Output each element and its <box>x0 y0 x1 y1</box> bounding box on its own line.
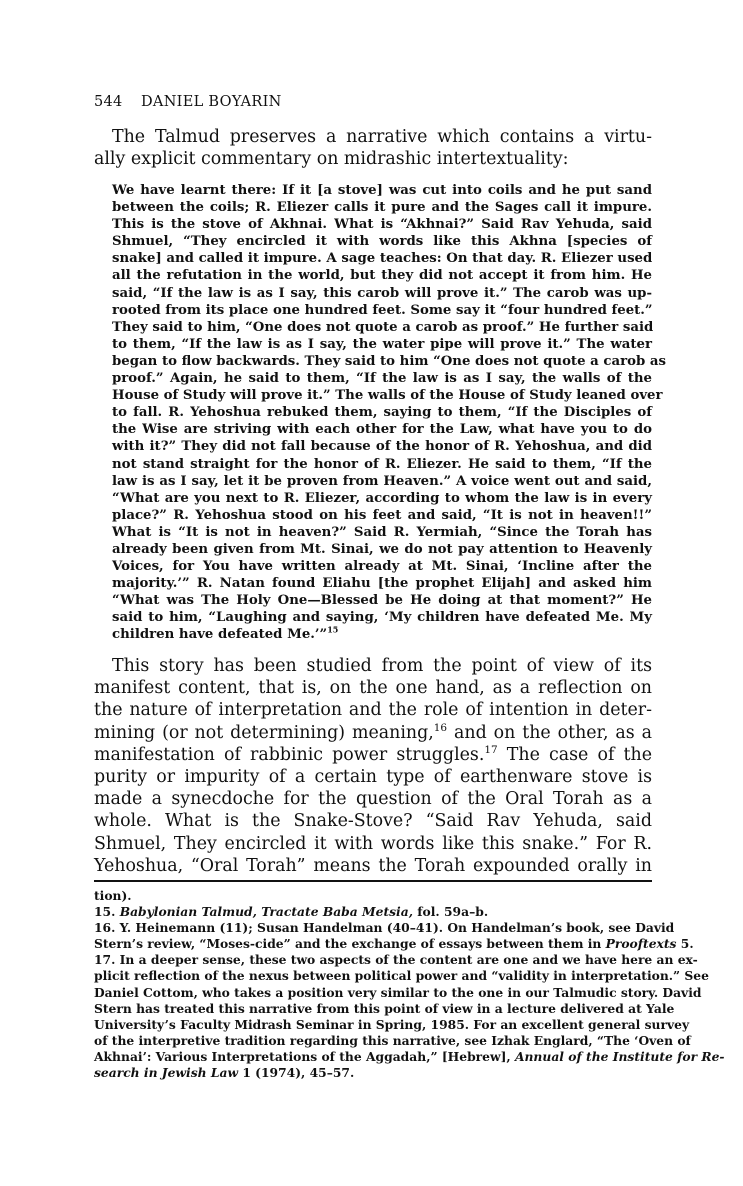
footnote-17-cont: plicit reflection of the nexus between p… <box>94 968 652 984</box>
quote-line: with it?” They did not fall because of t… <box>112 438 652 455</box>
quote-line: to them, “If the law is as I say, the wa… <box>112 336 652 353</box>
quote-line: law is as I say, let it be proven from H… <box>112 473 652 490</box>
footnote-17-cont: search in Jewish Law 1 (1974), 45–57. <box>94 1065 652 1081</box>
page-number: 544 <box>94 94 141 110</box>
text-line: purity or impurity of a certain type of … <box>94 766 652 788</box>
footnote-15: 15. Babylonian Talmud, Tractate Baba Met… <box>94 904 652 920</box>
quote-line: They said to him, “One does not quote a … <box>112 319 652 336</box>
quote-line: the Wise are striving with each other fo… <box>112 421 652 438</box>
text-line: mining (or not determining) meaning,16 a… <box>94 722 652 744</box>
quote-line: What is “It is not in heaven?” Said R. Y… <box>112 524 652 541</box>
running-head: 544DANIEL BOYARIN <box>94 94 282 110</box>
quote-line: said, “If the law is as I say, this caro… <box>112 285 652 302</box>
footnote-continuation: tion). <box>94 888 652 904</box>
footnote-16: 16. Y. Heinemann (11); Susan Handelman (… <box>94 920 652 936</box>
text-line: manifestation of rabbinic power struggle… <box>94 744 652 766</box>
footnote-ref-16[interactable]: 16 <box>434 722 447 734</box>
intro-paragraph: The Talmud preserves a narrative which c… <box>94 126 652 170</box>
footnote-divider <box>94 880 652 882</box>
text-line: manifest content, that is, on the one ha… <box>94 677 652 699</box>
quote-line: children have defeated Me.’”15 <box>112 626 652 643</box>
footnote-17-cont: Daniel Cottom, who takes a position very… <box>94 985 652 1001</box>
footnotes: tion). 15. Babylonian Talmud, Tractate B… <box>94 888 652 1081</box>
footnote-ref-17[interactable]: 17 <box>484 744 497 756</box>
text-line: The Talmud preserves a narrative which c… <box>94 126 652 148</box>
text-line: whole. What is the Snake-Stove? “Said Ra… <box>94 810 652 832</box>
footnote-16-cont: Stern’s review, “Moses-cide” and the exc… <box>94 936 652 952</box>
quote-line: majority.’” R. Natan found Eliahu [the p… <box>112 575 652 592</box>
text-line: made a synecdoche for the question of th… <box>94 788 652 810</box>
text-line: the nature of interpretation and the rol… <box>94 699 652 721</box>
footnote-17-cont: of the interpretive tradition regarding … <box>94 1033 652 1049</box>
quote-line: “What was The Holy One—Blessed be He doi… <box>112 592 652 609</box>
quote-line: between the coils; R. Eliezer calls it p… <box>112 199 652 216</box>
block-quote: We have learnt there: If it [a stove] wa… <box>112 182 652 644</box>
quote-line: to fall. R. Yehoshua rebuked them, sayin… <box>112 404 652 421</box>
quote-line: “What are you next to R. Eliezer, accord… <box>112 490 652 507</box>
footnote-17-cont: Akhnai’: Various Interpretations of the … <box>94 1049 652 1065</box>
quote-line: proof.” Again, he said to them, “If the … <box>112 370 652 387</box>
main-paragraph: This story has been studied from the poi… <box>94 655 652 877</box>
quote-line: Shmuel, “They encircled it with words li… <box>112 233 652 250</box>
footnote-17-cont: Stern has treated this narrative from th… <box>94 1001 652 1017</box>
quote-line: House of Study will prove it.” The walls… <box>112 387 652 404</box>
text-line: This story has been studied from the poi… <box>94 655 652 677</box>
text-line: Yehoshua, “Oral Torah” means the Torah e… <box>94 855 652 877</box>
footnote-ref-15[interactable]: 15 <box>327 626 338 635</box>
quote-line: began to flow backwards. They said to hi… <box>112 353 652 370</box>
footnote-17-cont: University’s Faculty Midrash Seminar in … <box>94 1017 652 1033</box>
author-name: DANIEL BOYARIN <box>141 94 282 110</box>
quote-line: We have learnt there: If it [a stove] wa… <box>112 182 652 199</box>
quote-line: rooted from its place one hundred feet. … <box>112 302 652 319</box>
quote-line: snake] and called it impure. A sage teac… <box>112 250 652 267</box>
quote-line: all the refutation in the world, but the… <box>112 267 652 284</box>
quote-line: This is the stove of Akhnai. What is “Ak… <box>112 216 652 233</box>
quote-line: already been given from Mt. Sinai, we do… <box>112 541 652 558</box>
footnote-17: 17. In a deeper sense, these two aspects… <box>94 952 652 968</box>
text-line: Shmuel, They encircled it with words lik… <box>94 833 652 855</box>
quote-line: not stand straight for the honor of R. E… <box>112 456 652 473</box>
quote-line: place?” R. Yehoshua stood on his feet an… <box>112 507 652 524</box>
quote-line: said to him, “Laughing and saying, ‘My c… <box>112 609 652 626</box>
quote-line: Voices, for You have written already at … <box>112 558 652 575</box>
text-line: ally explicit commentary on midrashic in… <box>94 148 652 170</box>
